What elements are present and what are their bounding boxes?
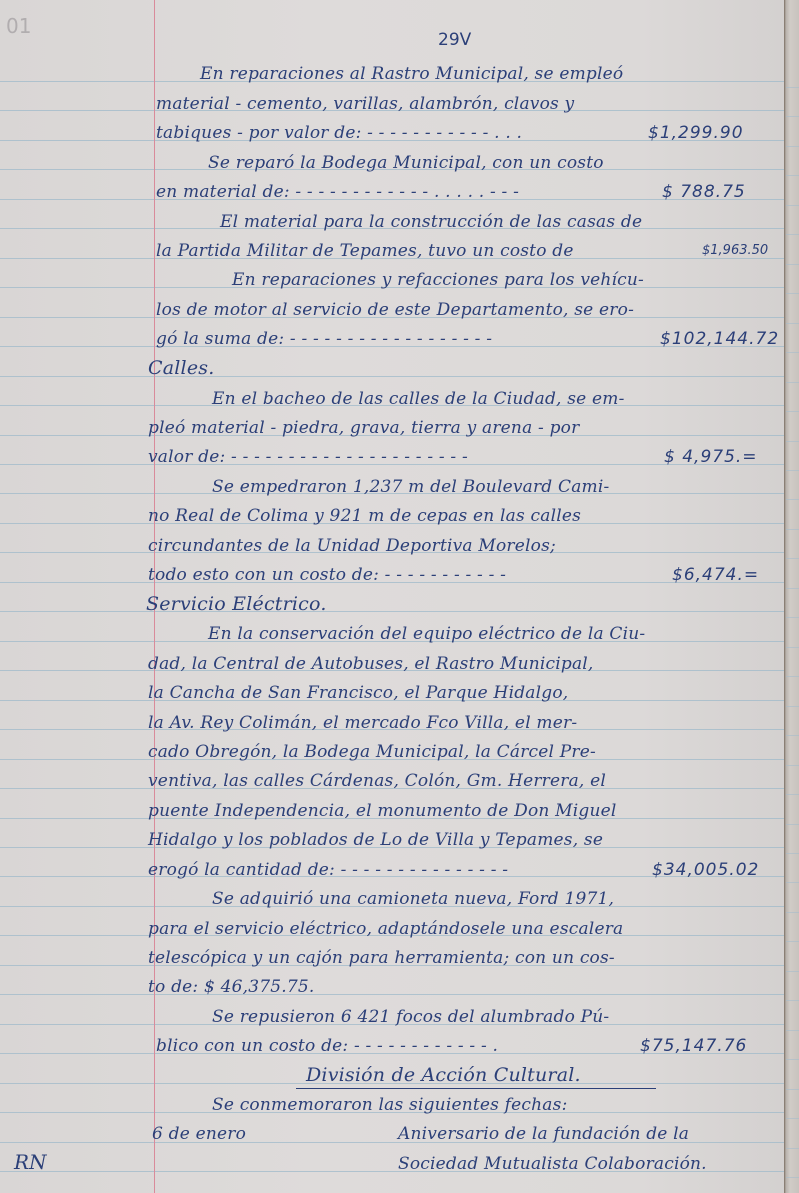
text-line: Se repusieron 6 421 focos del alumbrado … [212,1007,609,1027]
ruled-line-next-page [786,588,799,589]
ruled-line-next-page [786,441,799,442]
event-description: Sociedad Mutualista Colaboración. [398,1154,707,1174]
ruled-line-next-page [786,1089,799,1090]
text-line: cado Obregón, la Bodega Municipal, la Cá… [148,742,596,762]
text-line: material - cemento, varillas, alambrón, … [156,94,574,114]
ruled-line-next-page [786,882,799,883]
page-stamp: 01 [6,14,31,38]
text-line: tabiques - por valor de: - - - - - - - -… [156,123,522,143]
text-line: para el servicio eléctrico, adaptándosel… [148,919,623,939]
text-line: El material para la construcción de las … [220,212,642,232]
amount: $1,299.90 [648,123,744,143]
ruled-line-next-page [786,1030,799,1031]
text-line: circundantes de la Unidad Deportiva More… [148,536,556,556]
text-line: Se empedraron 1,237 m del Boulevard Cami… [212,477,609,497]
ruled-line-next-page [786,323,799,324]
text-line: telescópica y un cajón para herramienta;… [148,948,615,968]
amount: $34,005.02 [652,860,759,880]
heading-underline [296,1088,656,1089]
amount: $ 4,975.= [664,447,758,467]
ruled-line-next-page [786,558,799,559]
ruled-line-next-page [786,853,799,854]
text-line: la Cancha de San Francisco, el Parque Hi… [148,683,568,703]
text-line: Se conmemoraron las siguientes fechas: [212,1095,568,1115]
ruled-line-next-page [786,617,799,618]
text-line: blico con un costo de: - - - - - - - - -… [156,1036,498,1056]
ruled-line-next-page [786,382,799,383]
text-line: Se adquirió una camioneta nueva, Ford 19… [212,889,614,909]
ruled-line [0,376,785,377]
text-line: la Partida Militar de Tepames, tuvo un c… [156,241,574,261]
amount: $75,147.76 [640,1036,747,1056]
ruled-line-next-page [786,352,799,353]
text-line: erogó la cantidad de: - - - - - - - - - … [148,860,508,880]
ruled-line-next-page [786,647,799,648]
ledger-page: 01 29V En reparaciones al Rastro Municip… [0,0,799,1193]
date-entry: 6 de enero [152,1124,246,1144]
ruled-line-next-page [786,1177,799,1178]
ruled-line-next-page [786,499,799,500]
ruled-line-next-page [786,146,799,147]
ruled-line-next-page [786,264,799,265]
ruled-line-next-page [786,205,799,206]
ruled-line-next-page [786,1118,799,1119]
text-line: en material de: - - - - - - - - - - - - … [156,182,519,202]
text-line: no Real de Colima y 921 m de cepas en la… [148,506,581,526]
margin-initials: RN [14,1150,47,1174]
ruled-line-next-page [786,116,799,117]
amount: $102,144.72 [660,329,779,349]
ruled-line-next-page [786,1000,799,1001]
text-line: dad, la Central de Autobuses, el Rastro … [148,654,594,674]
text-line: valor de: - - - - - - - - - - - - - - - … [148,447,468,467]
ruled-line-next-page [786,470,799,471]
ruled-line-next-page [786,824,799,825]
ruled-line-next-page [786,175,799,176]
amount: $1,963.50 [702,243,768,258]
text-line: puente Independencia, el monumento de Do… [148,801,617,821]
ruled-line-next-page [786,794,799,795]
section-heading-calles: Calles. [148,357,214,379]
text-line: En reparaciones al Rastro Municipal, se … [200,64,623,84]
ruled-line-next-page [786,411,799,412]
text-line: gó la suma de: - - - - - - - - - - - - -… [156,329,492,349]
text-line: pleó material - piedra, grava, tierra y … [148,418,579,438]
ruled-line [0,611,785,612]
page-number: 29V [438,30,471,50]
text-line: ventiva, las calles Cárdenas, Colón, Gm.… [148,771,606,791]
ruled-line-next-page [786,1059,799,1060]
ruled-line-next-page [786,293,799,294]
event-description: Aniversario de la fundación de la [398,1124,689,1144]
ruled-line-next-page [786,735,799,736]
section-heading-servicio-electrico: Servicio Eléctrico. [146,593,327,615]
ruled-line-next-page [786,765,799,766]
text-line: to de: $ 46,375.75. [148,977,315,997]
text-line: la Av. Rey Colimán, el mercado Fco Villa… [148,713,577,733]
section-heading-accion-cultural: División de Acción Cultural. [306,1064,581,1086]
text-line: Hidalgo y los poblados de Lo de Villa y … [148,830,603,850]
ruled-line-next-page [786,706,799,707]
text-line: los de motor al servicio de este Departa… [156,300,634,320]
amount: $6,474.= [672,565,759,585]
ruled-line-next-page [786,1148,799,1149]
text-line: En reparaciones y refacciones para los v… [232,270,644,290]
ruled-line-next-page [786,87,799,88]
amount: $ 788.75 [662,182,746,202]
page-binding-edge [784,0,799,1193]
text-line: En la conservación del equipo eléctrico … [208,624,645,644]
text-line: En el bacheo de las calles de la Ciudad,… [212,389,625,409]
ruled-line-next-page [786,912,799,913]
ruled-line-next-page [786,971,799,972]
ruled-line [0,994,785,995]
ruled-line-next-page [786,941,799,942]
ruled-line-next-page [786,529,799,530]
text-line: Se reparó la Bodega Municipal, con un co… [208,153,604,173]
ruled-line-next-page [786,234,799,235]
text-line: todo esto con un costo de: - - - - - - -… [148,565,506,585]
ruled-line-next-page [786,676,799,677]
